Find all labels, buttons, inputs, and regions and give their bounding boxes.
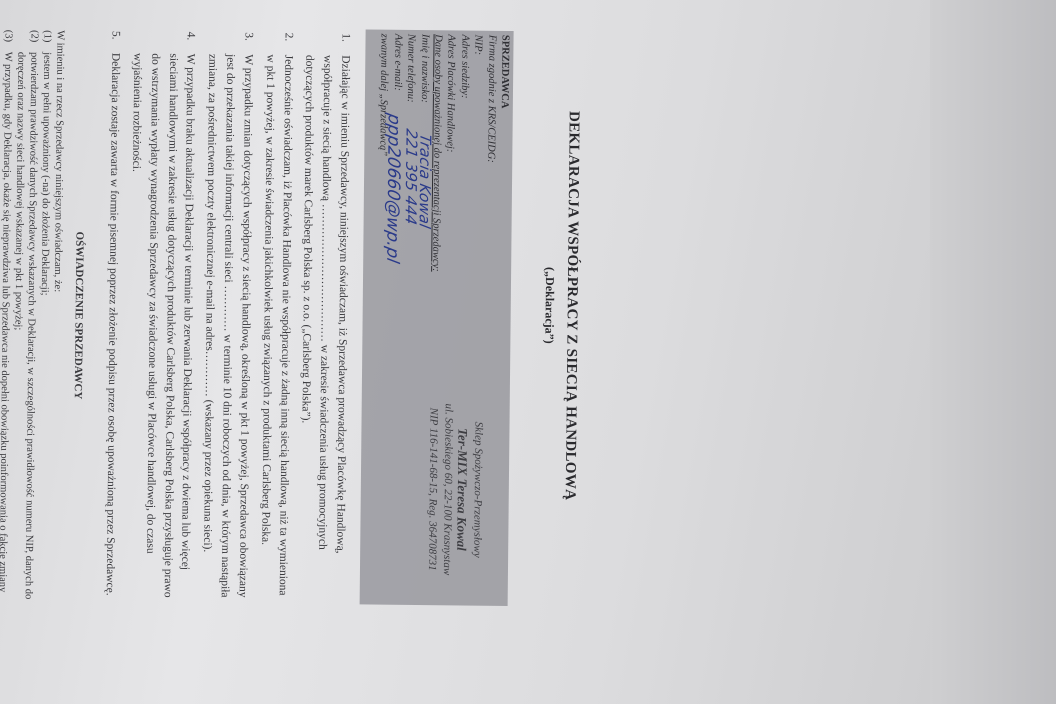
statement-heading: OŚWIADCZENIE SPRZEDAWCY (69, 30, 88, 600)
stamp-line-3: ul. Sobieskiego 60, 22-100 Krasnystaw (439, 369, 457, 609)
point-1: 1.Działając w imieniu Sprzedawcy, niniej… (294, 33, 353, 604)
point-4: 4.W przypadku braku aktualizacji Deklara… (122, 31, 199, 602)
point-5: 5.Deklaracja zostaje zawarta w formie pi… (100, 31, 124, 601)
seller-statement: OŚWIADCZENIE SPRZEDAWCY W imieniu i na r… (0, 29, 88, 600)
stamp-line-2: Ter-MIX Teresa Kowal (454, 369, 472, 609)
stamp-line-1: Sklep Spożywczo-Przemysłowy (469, 370, 487, 610)
document-page: DEKLARACJA WSPÓŁPRACY Z SIECIĄ HANDLOWĄ … (0, 0, 608, 616)
company-stamp: Sklep Spożywczo-Przemysłowy Ter-MIX Tere… (424, 369, 487, 610)
handwritten-email: ppp20660@wp.pl (379, 111, 407, 265)
underlying-paper-edge (930, 0, 1056, 704)
point-3: 3.W przypadku zmian dotyczących współpra… (197, 32, 256, 603)
point-2: 2.Jednocześnie oświadczam, iż Placówka H… (255, 32, 297, 602)
declaration-points: 1.Działając w imieniu Sprzedawcy, niniej… (96, 31, 354, 604)
